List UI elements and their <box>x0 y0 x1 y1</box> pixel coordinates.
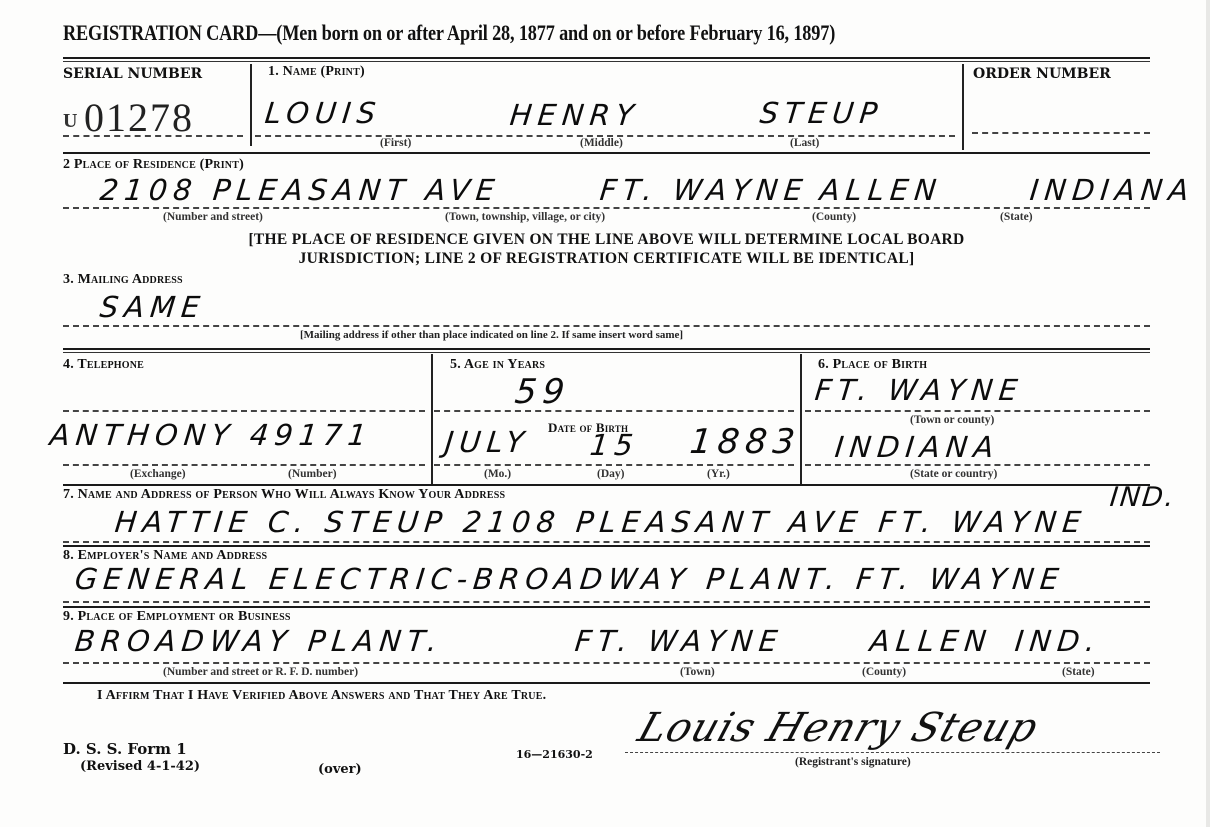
residence-state-value: INDIANA <box>1028 173 1196 207</box>
birthplace-town-value: FT. WAYNE <box>813 373 1025 407</box>
employment-place-label: 9. Place of Employment or Business <box>63 609 291 625</box>
name-first-caption: (First) <box>380 137 411 149</box>
serial-number-value: 01278 <box>84 94 194 141</box>
residence-state-caption: (State) <box>1000 211 1033 223</box>
employment-town-value: FT. WAYNE <box>573 624 785 658</box>
mailing-address-value: SAME <box>98 290 207 324</box>
telephone-exchange-caption: (Exchange) <box>130 468 186 480</box>
telephone-exchange-value: ANTHONY <box>48 418 237 452</box>
name-first-value: LOUIS <box>263 96 383 130</box>
residence-notice: [THE PLACE OF RESIDENCE GIVEN ON THE LIN… <box>63 230 1150 268</box>
employment-county-caption: (County) <box>862 666 906 678</box>
telephone-number-caption: (Number) <box>288 468 337 480</box>
name-label: 1. Name (Print) <box>268 64 365 80</box>
card-title: REGISTRATION CARD—(Men born on or after … <box>63 20 835 46</box>
name-last-caption: (Last) <box>790 137 819 149</box>
form-number: D. S. S. Form 1 <box>63 740 187 758</box>
contact-person-value: HATTIE C. STEUP 2108 PLEASANT AVE FT. WA… <box>113 505 1088 539</box>
birth-year-caption: (Yr.) <box>707 468 730 480</box>
birthplace-label: 6. Place of Birth <box>818 357 927 373</box>
residence-town-caption: (Town, township, village, or city) <box>445 211 605 223</box>
contact-person-overflow: IND. <box>1108 482 1177 513</box>
birthplace-state-caption: (State or country) <box>910 468 997 480</box>
serial-number-label: SERIAL NUMBER <box>63 66 202 82</box>
affirmation-text: I Affirm That I Have Verified Above Answ… <box>97 688 546 704</box>
residence-county-value: ALLEN <box>818 173 944 207</box>
residence-town-value: FT. WAYNE <box>598 173 810 207</box>
employment-state-value: IND. <box>1013 624 1102 658</box>
serial-prefix: U <box>63 110 77 133</box>
telephone-label: 4. Telephone <box>63 357 144 373</box>
contact-person-label: 7. Name and Address of Person Who Will A… <box>63 487 505 503</box>
registrant-signature: Louis Henry Steup <box>633 705 1045 751</box>
mailing-address-caption: [Mailing address if other than place ind… <box>300 329 683 341</box>
employment-state-caption: (State) <box>1062 666 1095 678</box>
employer-value: GENERAL ELECTRIC-BROADWAY PLANT. FT. WAY… <box>73 562 1066 596</box>
residence-county-caption: (County) <box>812 211 856 223</box>
age-value: 59 <box>513 372 572 412</box>
residence-street-value: 2108 PLEASANT AVE <box>98 173 502 207</box>
employment-street-value: BROADWAY PLANT. <box>73 624 444 658</box>
name-last-value: STEUP <box>758 96 885 130</box>
residence-label: 2 Place of Residence (Print) <box>63 157 244 173</box>
order-number-label: ORDER NUMBER <box>973 66 1111 82</box>
residence-street-caption: (Number and street) <box>163 211 263 223</box>
employment-street-caption: (Number and street or R. F. D. number) <box>163 666 358 678</box>
birth-day-value: 15 <box>588 428 640 462</box>
birthplace-state-value: INDIANA <box>833 430 1001 464</box>
birthplace-town-caption: (Town or county) <box>910 414 994 426</box>
registration-card: REGISTRATION CARD—(Men born on or after … <box>0 0 1210 827</box>
mailing-address-label: 3. Mailing Address <box>63 272 183 288</box>
over-note: (over) <box>318 762 362 777</box>
birth-month-value: JULY <box>443 425 531 459</box>
birth-month-caption: (Mo.) <box>484 468 511 480</box>
print-code: 16—21630-2 <box>516 748 593 761</box>
birth-year-value: 1883 <box>688 422 803 462</box>
employment-county-value: ALLEN <box>868 624 994 658</box>
form-revised: (Revised 4-1-42) <box>80 759 200 774</box>
signature-caption: (Registrant's signature) <box>795 756 911 768</box>
name-middle-value: HENRY <box>508 98 641 132</box>
name-middle-caption: (Middle) <box>580 137 623 149</box>
telephone-number-value: 49171 <box>248 418 374 452</box>
birth-day-caption: (Day) <box>597 468 624 480</box>
card-edge <box>1206 0 1210 827</box>
employment-town-caption: (Town) <box>680 666 715 678</box>
age-label: 5. Age in Years <box>450 357 545 373</box>
